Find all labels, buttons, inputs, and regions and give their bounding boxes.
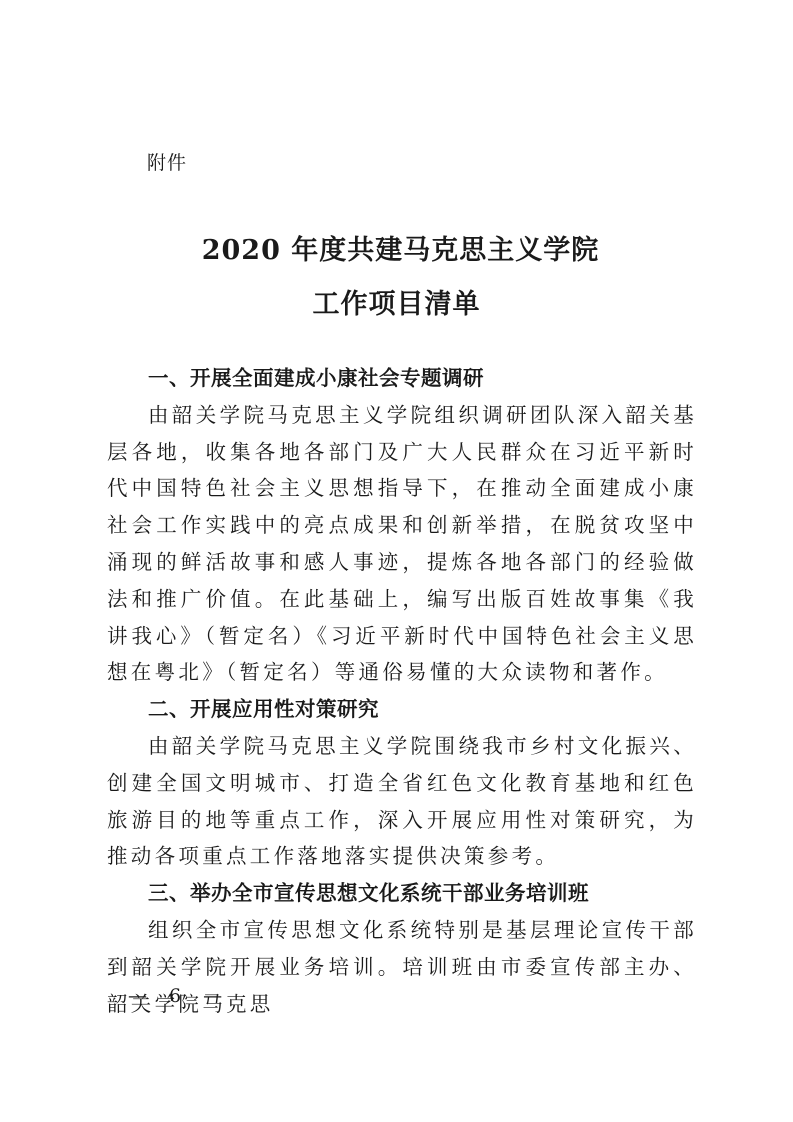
document-body: 一、开展全面建成小康社会专题调研 由韶关学院马克思主义学院组织调研团队深入韶关基…	[107, 360, 697, 1022]
section-paragraph-2: 由韶关学院马克思主义学院围绕我市乡村文化振兴、创建全国文明城市、打造全省红色文化…	[107, 728, 697, 875]
attachment-label: 附件	[147, 148, 187, 175]
section-paragraph-1: 由韶关学院马克思主义学院组织调研团队深入韶关基层各地，收集各地各部门及广大人民群…	[107, 397, 697, 691]
page-number: — 6 —	[128, 985, 230, 1007]
section-heading-3: 三、举办全市宣传思想文化系统干部业务培训班	[107, 875, 697, 912]
document-page: 附件 2020 年度共建马克思主义学院 工作项目清单 一、开展全面建成小康社会专…	[0, 0, 793, 1122]
document-title-line-1: 2020 年度共建马克思主义学院	[0, 228, 793, 267]
section-heading-1: 一、开展全面建成小康社会专题调研	[107, 360, 697, 397]
section-heading-2: 二、开展应用性对策研究	[107, 691, 697, 728]
document-title-line-2: 工作项目清单	[0, 282, 793, 321]
